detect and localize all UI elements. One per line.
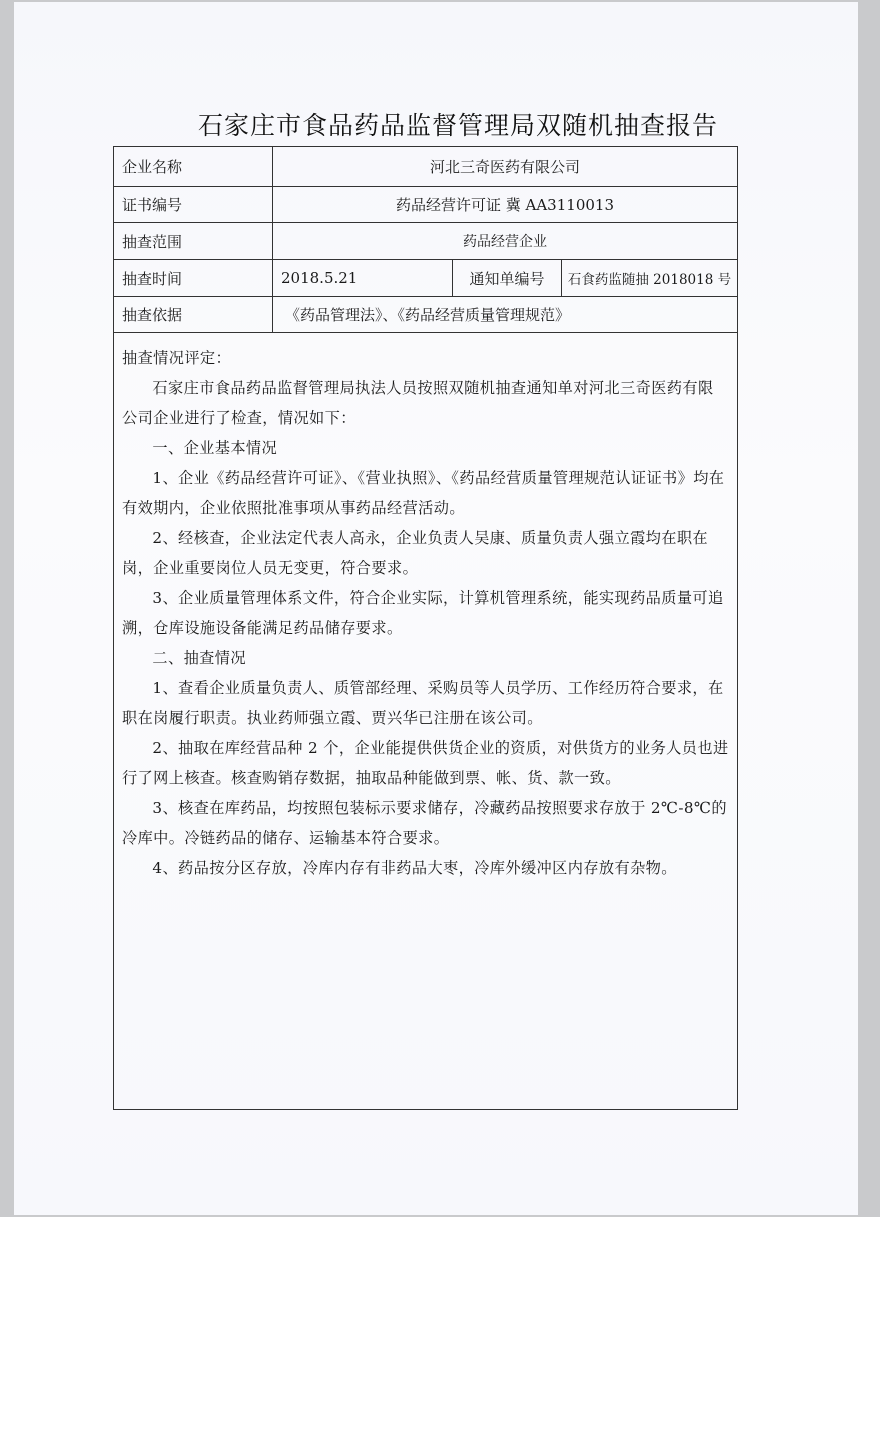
report-table: 企业名称 河北三奇医药有限公司 证书编号 药品经营许可证 冀 AA3110013… (113, 146, 738, 1110)
row-scope: 抽查范围 药品经营企业 (114, 223, 737, 260)
evaluation-heading: 抽查情况评定： (122, 343, 729, 373)
row-basis: 抽查依据 《药品管理法》、《药品经营质量管理规范》 (114, 297, 737, 333)
row-inspection-time: 抽查时间 2018.5.21 通知单编号 石食药监随抽 2018018 号 (114, 260, 737, 297)
company-value: 河北三奇医药有限公司 (273, 147, 737, 186)
row-certificate: 证书编号 药品经营许可证 冀 AA3110013 (114, 187, 737, 223)
section-1-title: 一、企业基本情况 (122, 433, 729, 463)
certificate-label: 证书编号 (114, 187, 273, 222)
report-title: 石家庄市食品药品监督管理局双随机抽查报告 (0, 106, 880, 142)
scope-value: 药品经营企业 (273, 223, 737, 259)
section-2-item-4: 4、药品按分区存放，冷库内存有非药品大枣，冷库外缓冲区内存放有杂物。 (122, 853, 729, 883)
section-2-item-3: 3、核查在库药品，均按照包装标示要求储存，冷藏药品按照要求存放于 2℃-8℃的冷… (122, 793, 729, 853)
scope-label: 抽查范围 (114, 223, 273, 259)
section-1-item-2: 2、经核查，企业法定代表人高永，企业负责人吴康、质量负责人强立霞均在职在岗，企业… (122, 523, 729, 583)
row-company: 企业名称 河北三奇医药有限公司 (114, 147, 737, 187)
inspection-time-label: 抽查时间 (114, 260, 273, 296)
notice-number-label: 通知单编号 (453, 260, 562, 296)
notice-number-value: 石食药监随抽 2018018 号 (562, 260, 737, 296)
basis-label: 抽查依据 (114, 297, 273, 332)
section-1-item-3: 3、企业质量管理体系文件，符合企业实际，计算机管理系统，能实现药品质量可追溯，仓… (122, 583, 729, 643)
section-1-item-1: 1、企业《药品经营许可证》、《营业执照》、《药品经营质量管理规范认证证书》均在有… (122, 463, 729, 523)
evaluation-body: 抽查情况评定： 石家庄市食品药品监督管理局执法人员按照双随机抽查通知单对河北三奇… (114, 333, 737, 1109)
basis-value: 《药品管理法》、《药品经营质量管理规范》 (273, 297, 737, 332)
inspection-date-value: 2018.5.21 (273, 260, 453, 296)
section-2-item-2: 2、抽取在库经营品种 2 个，企业能提供供货企业的资质，对供货方的业务人员也进行… (122, 733, 729, 793)
certificate-value: 药品经营许可证 冀 AA3110013 (273, 187, 737, 222)
company-label: 企业名称 (114, 147, 273, 186)
section-2-item-1: 1、查看企业质量负责人、质管部经理、采购员等人员学历、工作经历符合要求，在职在岗… (122, 673, 729, 733)
evaluation-intro: 石家庄市食品药品监督管理局执法人员按照双随机抽查通知单对河北三奇医药有限公司企业… (122, 373, 729, 433)
section-2-title: 二、抽查情况 (122, 643, 729, 673)
